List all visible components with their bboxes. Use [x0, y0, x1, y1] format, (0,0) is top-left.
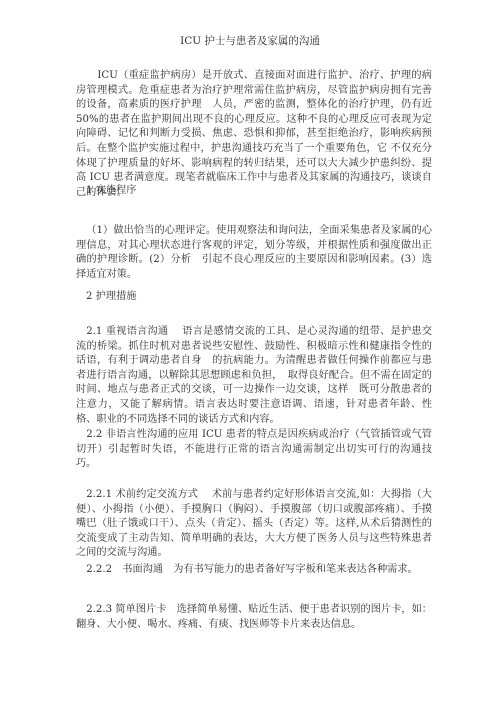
section-heading-1: 1 实施程序 [86, 184, 136, 198]
section-heading-2: 2 护理措施 [86, 290, 136, 304]
subsection-2-2-3-paragraph: 2.2.3 简单图片卡 选择简单易懂、贴近生活、便于患者识别的图片卡，如：翻身、… [76, 603, 432, 632]
section-1-paragraph: （1）做出恰当的心理评定。使用观察法和询问法，全面采集患者及家属的心理信息，对其… [76, 224, 432, 282]
intro-paragraph: ICU（重症监护病房）是开放式、直接面对面进行监护、治疗、护理的病房管理模式。危… [76, 69, 432, 200]
subsection-2-1-paragraph: 2.1 重视语言沟通 语言是感情交流的工具、是心灵沟通的纽带、是护患交流的桥梁。… [76, 325, 432, 427]
document-title: ICU 护士与患者及家属的沟通 [0, 34, 500, 48]
subsection-2-2-2-paragraph: 2.2.2 书面沟通 为有书写能力的患者备好写字板和笔来表达各种需求。 [76, 563, 432, 578]
document-page: ICU 护士与患者及家属的沟通 ICU（重症监护病房）是开放式、直接面对面进行监… [0, 0, 500, 707]
subsection-2-2-1-paragraph: 2.2.1 术前约定交流方式 术前与患者约定好形体语言交流,如：大拇指（大便）、… [76, 488, 432, 561]
subsection-2-2-paragraph: 2.2 非语言性沟通的应用 ICU 患者的特点是因疾病或治疗（气管插管或气管切开… [76, 428, 432, 472]
